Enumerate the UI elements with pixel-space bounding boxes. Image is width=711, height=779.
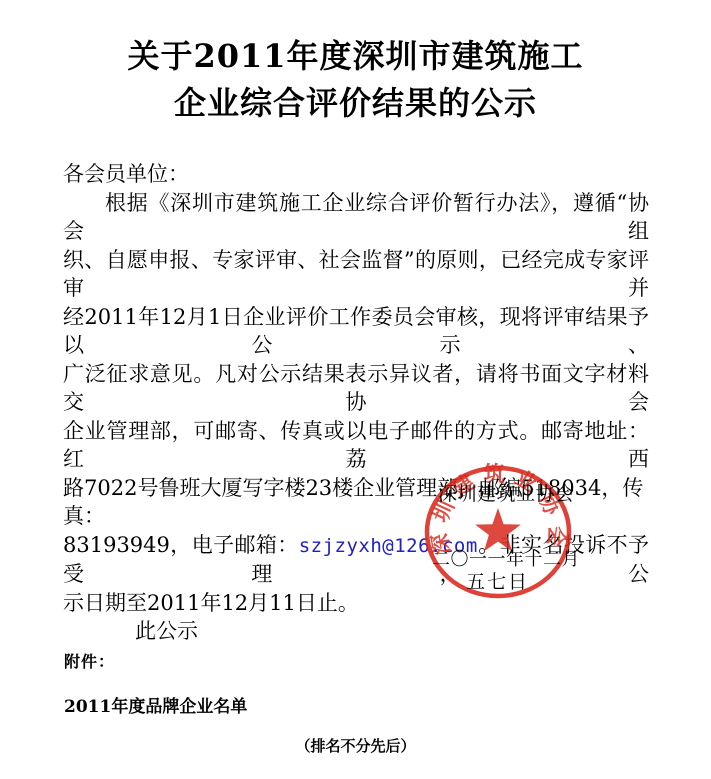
paragraph-line: 根据《深圳市建筑施工企业综合评价暂行办法》，遵循“协会组 bbox=[63, 189, 649, 246]
paragraph-text: 83193949，电子邮箱： bbox=[63, 533, 299, 557]
announcement-document: 关于2011年度深圳市建筑施工 企业综合评价结果的公示 各会员单位： 根据《深圳… bbox=[0, 0, 711, 779]
attachment-label: 附件： bbox=[64, 649, 115, 672]
attachment-ranking-note: （排名不分先后） bbox=[0, 735, 711, 756]
document-title: 关于2011年度深圳市建筑施工 企业综合评价结果的公示 bbox=[0, 33, 711, 127]
paragraph-line: 经2011年12月1日企业评价工作委员会审核，现将评审结果予以公示、 bbox=[63, 303, 649, 360]
salutation: 各会员单位： bbox=[63, 160, 649, 189]
signature-date-line2: 五七日 bbox=[466, 567, 529, 594]
attachment-title: 2011年度品牌企业名单 bbox=[64, 692, 247, 717]
paragraph-line: 织、自愿申报、专家评审、社会监督”的原则，已经完成专家评审并 bbox=[63, 246, 649, 303]
signature-organization: 深圳建筑业协会 bbox=[438, 479, 575, 506]
document-title-line2: 企业综合评价结果的公示 bbox=[0, 80, 711, 127]
closing-phrase: 此公示 bbox=[135, 617, 711, 646]
paragraph-line: 广泛征求意见。凡对公示结果表示异议者，请将书面文字材料交协会 bbox=[63, 360, 649, 417]
document-title-line1: 关于2011年度深圳市建筑施工 bbox=[0, 33, 711, 80]
